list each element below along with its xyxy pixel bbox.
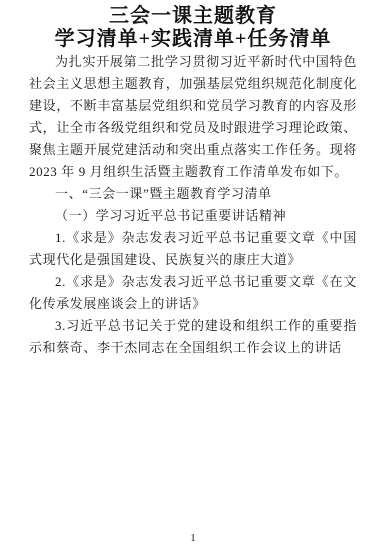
document-body: 为扎实开展第二批学习贯彻习近平新时代中国特色社会主义思想主题教育，加强基层党组织… (0, 51, 386, 359)
document-title: 三会一课主题教育 学习清单+实践清单+任务清单 (0, 0, 386, 51)
document-page: 三会一课主题教育 学习清单+实践清单+任务清单 为扎实开展第二批学习贯彻习近平新… (0, 0, 386, 550)
document-title-line1: 三会一课主题教育 (0, 5, 386, 28)
list-item: 3.习近平总书记关于党的建设和组织工作的重要指示和蔡奇、李干杰同志在全国组织工作… (29, 315, 357, 359)
section-heading: 一、“三会一课”暨主题教育学习清单 (29, 183, 357, 205)
intro-paragraph: 为扎实开展第二批学习贯彻习近平新时代中国特色社会主义思想主题教育，加强基层党组织… (29, 51, 357, 183)
list-item: 2.《求是》杂志发表习近平总书记重要文章《在文化传承发展座谈会上的讲话》 (29, 271, 357, 315)
document-title-line2: 学习清单+实践清单+任务清单 (0, 28, 386, 51)
page-number: 1 (0, 532, 386, 544)
subsection-heading: （一）学习习近平总书记重要讲话精神 (29, 205, 357, 227)
list-item: 1.《求是》杂志发表习近平总书记重要文章《中国式现代化是强国建设、民族复兴的康庄… (29, 227, 357, 271)
